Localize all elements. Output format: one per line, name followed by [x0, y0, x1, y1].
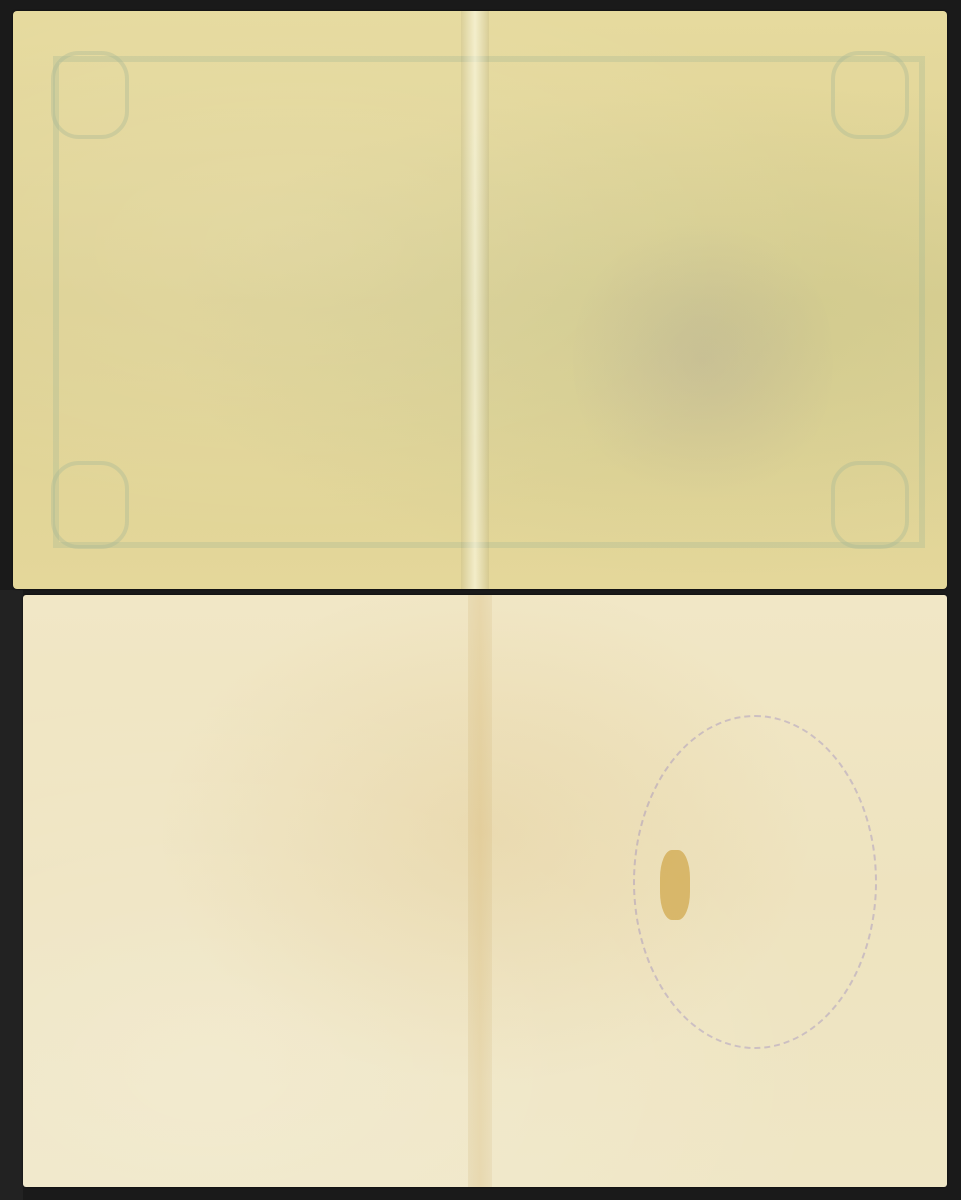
scan-edge-shadow	[0, 590, 23, 1200]
corner-ornament	[831, 461, 909, 549]
center-fold	[468, 595, 492, 1187]
ink-stamp	[573, 211, 833, 511]
lower-banknote	[23, 595, 947, 1187]
corner-ornament	[51, 51, 129, 139]
stain	[660, 850, 690, 920]
upper-banknote	[13, 11, 947, 589]
center-fold	[461, 11, 489, 589]
corner-ornament	[831, 51, 909, 139]
corner-ornament	[51, 461, 129, 549]
